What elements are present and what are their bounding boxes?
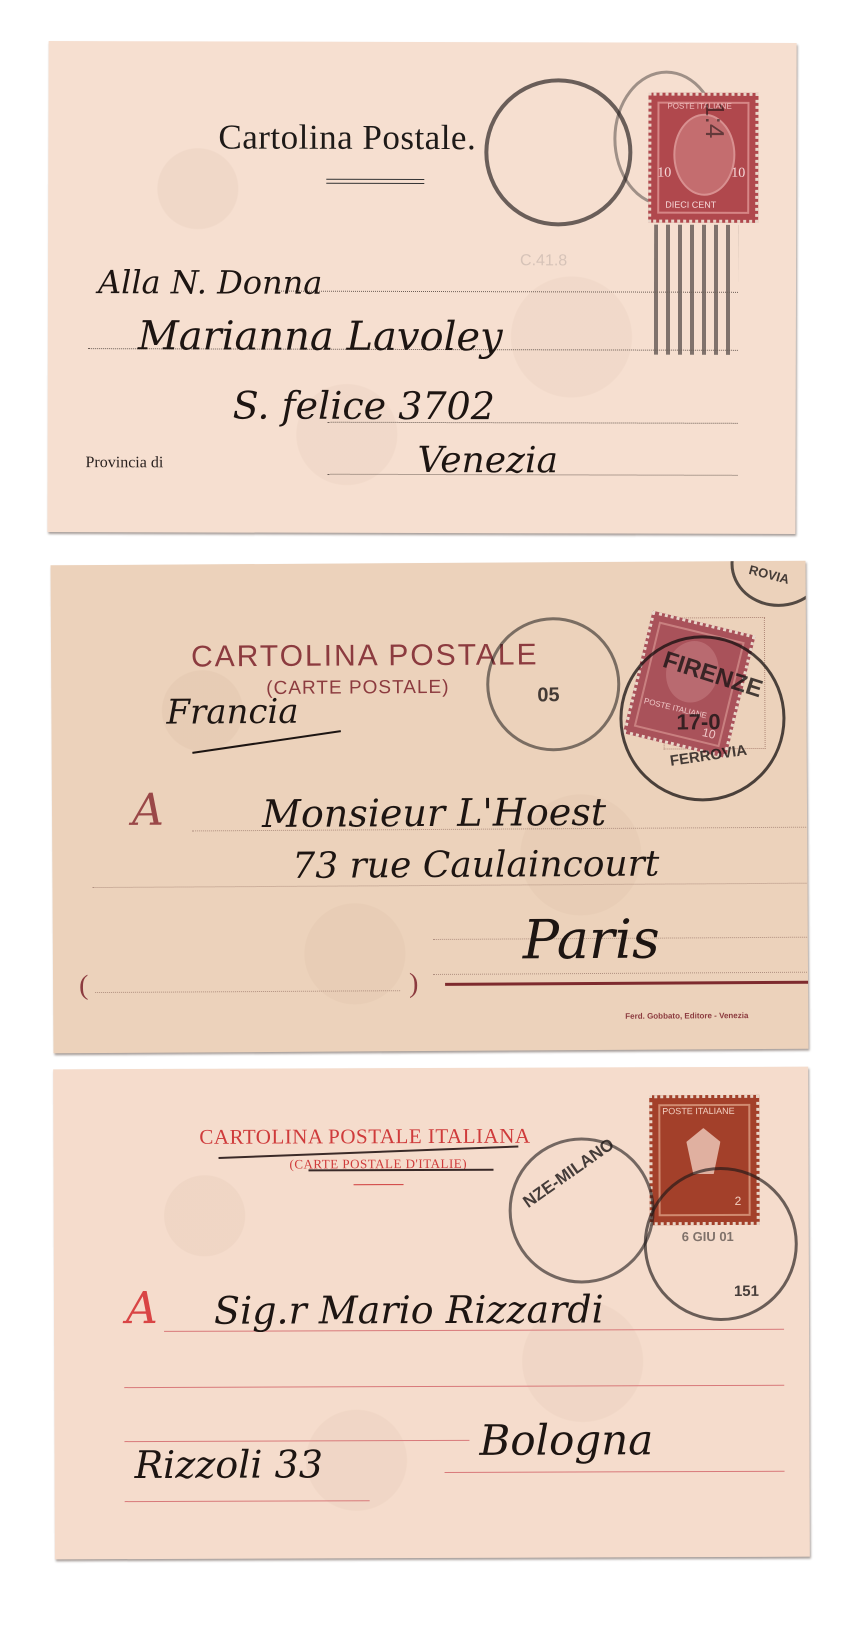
handwritten-city: Bologna (479, 1415, 653, 1465)
postcard-2: CARTOLINA POSTALE (CARTE POSTALE) 05 POS… (51, 561, 809, 1054)
postmark-numbers: 1:4 (699, 102, 730, 138)
publisher-imprint: Ferd. Gobbato, Editore - Venezia (625, 1011, 748, 1021)
to-prefix: A (132, 785, 164, 836)
pencil-note: C.41.8 (520, 252, 567, 270)
postcard-title: Cartolina Postale. (218, 117, 476, 158)
handwritten-recipient: Marianna Lavoley (138, 313, 503, 360)
postmark-date: 6 GIU 01 (682, 1229, 734, 1244)
barred-cancel (654, 225, 738, 355)
handwritten-recipient: Monsieur L'Hoest (262, 790, 606, 836)
handwritten-street: 73 rue Caulaincourt (292, 844, 659, 887)
title-rule (354, 1184, 404, 1185)
province-label: Provincia di (86, 454, 164, 472)
postmark-date: 17-0 (676, 709, 720, 735)
handwritten-country: Francia (166, 692, 298, 733)
postmark-year: 05 (537, 684, 559, 707)
handwritten-recipient: Sig.r Mario Rizzardi (214, 1287, 604, 1332)
postmark-number: 151 (734, 1283, 759, 1300)
postcard-title: CARTOLINA POSTALE (191, 638, 539, 674)
postmark-circle (484, 78, 632, 226)
stamp-top-text: POSTE ITALIANE (662, 1106, 734, 1116)
handwritten-street: Rizzoli 33 (134, 1442, 323, 1487)
stamp-value: 10 (657, 166, 671, 182)
handwritten-street: S. felice 3702 (233, 384, 495, 429)
postcard-1: Cartolina Postale. POSTE ITALIANE 10 10 … (47, 41, 796, 534)
stamp-bottom-text: DIECI CENT (665, 200, 716, 210)
province-paren-close: ) (409, 968, 419, 1000)
handwritten-salutation: Alla N. Donna (98, 263, 322, 302)
postcard-3: CARTOLINA POSTALE ITALIANA (CARTE POSTAL… (53, 1067, 810, 1560)
handwritten-city: Paris (523, 908, 660, 972)
province-paren-open: ( (79, 970, 89, 1002)
handwritten-city: Venezia (417, 440, 558, 481)
to-prefix: A (126, 1283, 158, 1334)
stamp-value: 10 (731, 166, 745, 182)
